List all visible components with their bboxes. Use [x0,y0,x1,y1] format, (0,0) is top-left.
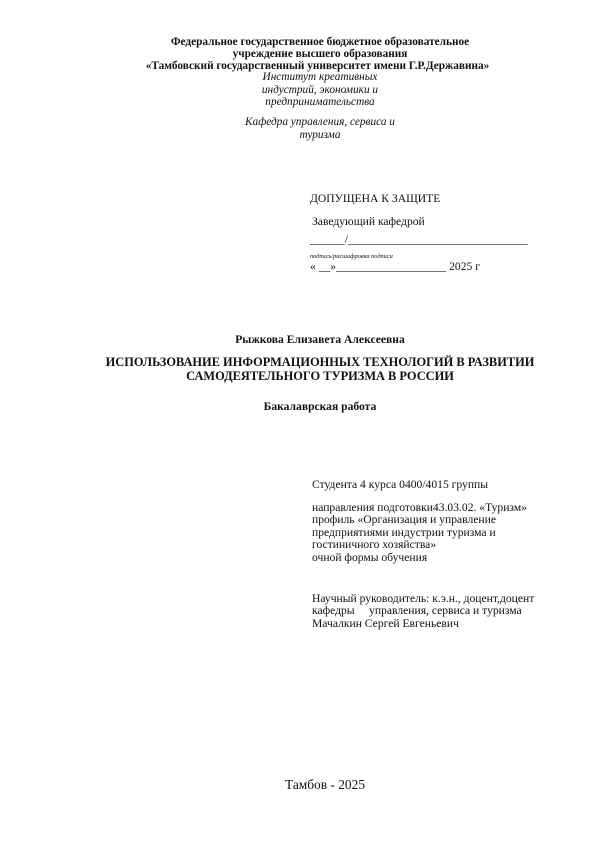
organization-header: Федеральное государственное бюджетное об… [0,36,595,72]
author-name: Рыжкова Елизавета Алексеевна [0,333,595,346]
thesis-title-line-1: ИСПОЛЬЗОВАНИЕ ИНФОРМАЦИОННЫХ ТЕХНОЛОГИЙ … [0,355,595,369]
department-line-2: туризма [220,129,420,142]
work-type: Бакалаврская работа [0,400,595,413]
institute-line-3: предпринимательства [220,96,420,109]
student-detail-line: очной формы обучения [312,552,527,564]
supervisor-line: кафедры управления, сервиса и туризма [312,605,534,617]
thesis-title-line-2: САМОДЕЯТЕЛЬНОГО ТУРИЗМА В РОССИИ [0,369,595,383]
institute-line-1: Институт креативных [220,71,420,84]
signature-caption: подпись/расшифровка подписи [310,253,393,260]
institute-name: Институт креативных индустрий, экономики… [220,71,420,109]
city-year: Тамбов - 2025 [0,777,595,793]
student-details: направления подготовки43.03.02. «Туризм»… [312,502,527,564]
org-line-2: учреждение высшего образования [0,48,595,60]
signature-line: ______/_______________________________ [310,234,528,246]
date-line: « __»___________________ 2025 г [310,261,480,273]
student-group: Студента 4 курса 0400/4015 группы [312,479,488,491]
institute-line-2: индустрий, экономики и [220,84,420,97]
department-name: Кафедра управления, сервиса и туризма [220,116,420,141]
thesis-title: ИСПОЛЬЗОВАНИЕ ИНФОРМАЦИОННЫХ ТЕХНОЛОГИЙ … [0,355,595,383]
department-line-1: Кафедра управления, сервиса и [220,116,420,129]
student-detail-line: гостиничного хозяйства» [312,539,527,551]
supervisor-info: Научный руководитель: к.э.н., доцент,доц… [312,593,534,630]
supervisor-line: Мачалкин Сергей Евгеньевич [312,618,534,630]
org-line-1: Федеральное государственное бюджетное об… [0,36,595,48]
approval-role: Заведующий кафедрой [312,216,425,228]
student-detail-line: профиль «Организация и управление [312,514,527,526]
approval-title: ДОПУЩЕНА К ЗАЩИТЕ [310,193,440,205]
